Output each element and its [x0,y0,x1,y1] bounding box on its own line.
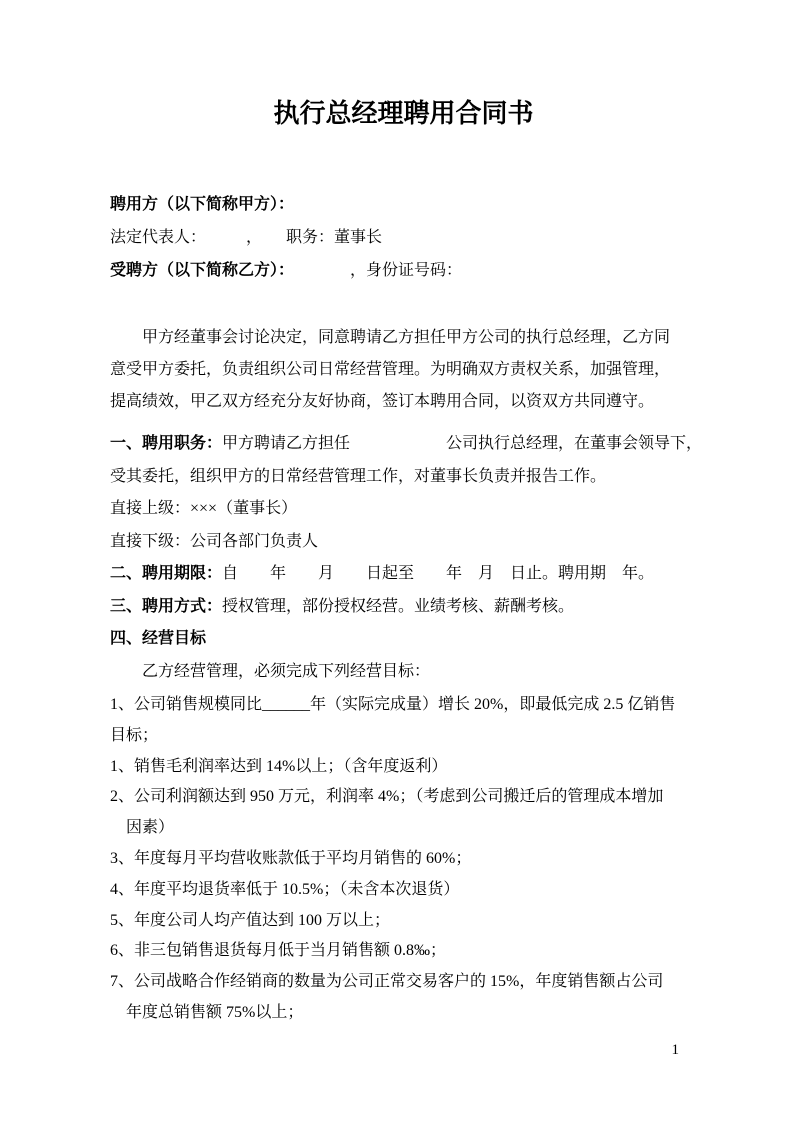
clause-2-heading-line: 二、聘用期限：自 年 月 日起至 年 月 日止。聘用期 年。 [110,558,697,591]
goal-item: 4、年度平均退货率低于 10.5%；（未含本次退货） [110,875,697,906]
intro-line: 意受甲方委托，负责组织公司日常经营管理。为明确双方责权关系，加强管理， [110,354,697,386]
clause-3-text: 授权管理，部份授权经营。业绩考核、薪酬考核。 [222,598,574,615]
clause-2-text: 自 年 月 日起至 年 月 日止。聘用期 年。 [222,565,654,582]
goal-item: 5、年度公司人均产值达到 100 万以上； [110,906,697,937]
goal-item-continuation: 因素） [110,813,697,844]
direct-superior-line: 直接上级：×××（董事长） [110,493,697,526]
clause-3-heading: 三、聘用方式： [110,598,222,615]
goal-item: 1、销售毛利润率达到 14%以上；（含年度返利） [110,752,697,783]
parties-section: 聘用方（以下简称甲方）： 法定代表人： ， 职务：董事长 受聘方（以下简称乙方）… [110,188,697,287]
goal-item: 3、年度每月平均营收账款低于平均月销售的 60%； [110,844,697,875]
goal-item-continuation: 年度总销售额 75%以上； [110,998,697,1029]
page-number: 1 [672,1040,680,1060]
employer-label: 聘用方（以下简称甲方）： [110,188,697,221]
legal-representative-line: 法定代表人： ， 职务：董事长 [110,221,697,254]
goal-item: 6、非三包销售退货每月低于当月销售额 0.8‰； [110,936,697,967]
clause-1-continuation: 受其委托，组织甲方的日常经营管理工作，对董事长负责并报告工作。 [110,461,697,494]
clause-2-heading: 二、聘用期限： [110,565,222,582]
goal-item: 1、公司销售规模同比______年（实际完成量）增长 20%，即最低完成 2.5… [110,690,697,721]
clause-4-heading: 四、经营目标 [110,623,697,656]
clause-1-heading-line: 一、聘用职务：甲方聘请乙方担任 公司执行总经理，在董事会领导下， [110,428,697,461]
clause-4-lead: 乙方经营管理，必须完成下列经营目标： [110,656,697,689]
employee-id-label: ，身份证号码： [286,262,462,279]
document-page: 执行总经理聘用合同书 聘用方（以下简称甲方）： 法定代表人： ， 职务：董事长 … [0,0,794,1123]
goal-item: 7、公司战略合作经销商的数量为公司正常交易客户的 15%，年度销售额占公司 [110,967,697,998]
clause-3-heading-line: 三、聘用方式：授权管理，部份授权经营。业绩考核、薪酬考核。 [110,591,697,624]
employee-line: 受聘方（以下简称乙方）： ，身份证号码： [110,254,697,287]
employee-label: 受聘方（以下简称乙方）： [110,262,286,279]
direct-subordinate-line: 直接下级：公司各部门负责人 [110,526,697,559]
goal-item: 2、公司利润额达到 950 万元，利润率 4%；（考虑到公司搬迁后的管理成本增加 [110,782,697,813]
goals-list: 1、公司销售规模同比______年（实际完成量）增长 20%，即最低完成 2.5… [110,690,697,1029]
goal-item-continuation: 目标； [110,721,697,752]
clauses-section: 一、聘用职务：甲方聘请乙方担任 公司执行总经理，在董事会领导下， 受其委托，组织… [110,428,697,688]
intro-line: 提高绩效，甲乙双方经充分友好协商，签订本聘用合同，以资双方共同遵守。 [110,386,697,418]
clause-1-heading: 一、聘用职务： [110,435,222,452]
intro-line: 甲方经董事会讨论决定，同意聘请乙方担任甲方公司的执行总经理，乙方同 [110,322,697,354]
clause-1-text: 甲方聘请乙方担任 公司执行总经理，在董事会领导下， [222,435,702,452]
document-title: 执行总经理聘用合同书 [110,96,697,132]
intro-paragraph: 甲方经董事会讨论决定，同意聘请乙方担任甲方公司的执行总经理，乙方同 意受甲方委托… [110,322,697,418]
